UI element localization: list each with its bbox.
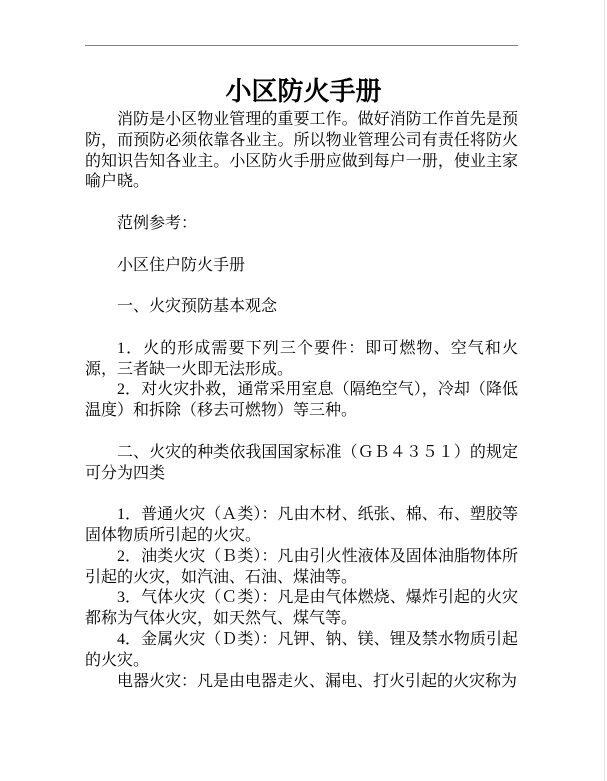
- paragraph: 2．油类火灾（Ｂ类）：凡由引火性液体及固体油脂物体所引起的火灾，如汽油、石油、煤…: [85, 547, 518, 589]
- paragraph: 4．金属火灾（Ｄ类）：凡钾、钠、镁、锂及禁水物质引起的火灾。: [85, 630, 518, 672]
- paragraph: 电器火灾：凡是由电器走火、漏电、打火引起的火灾称为: [85, 672, 518, 693]
- paragraph: 范例参考：: [85, 214, 518, 235]
- document-page: 小区防火手册 消防是小区物业管理的重要工作。做好消防工作首先是预防，而预防必须依…: [0, 0, 607, 781]
- header-rule: [85, 45, 518, 46]
- page-edge-line: [604, 0, 605, 781]
- paragraph: 消防是小区物业管理的重要工作。做好消防工作首先是预防，而预防必须依靠各业主。所以…: [85, 110, 518, 193]
- paragraph: 1．火的形成需要下列三个要件：即可燃物、空气和火源，三者缺一火即无法形成。: [85, 339, 518, 381]
- paragraph: 二、火灾的种类依我国国家标准（ＧＢ４３５１）的规定可分为四类: [85, 443, 518, 485]
- document-body: 消防是小区物业管理的重要工作。做好消防工作首先是预防，而预防必须依靠各业主。所以…: [85, 110, 518, 692]
- paragraph: 1．普通火灾（Ａ类）：凡由木材、纸张、棉、布、塑胶等固体物质所引起的火灾。: [85, 505, 518, 547]
- paragraph: 2．对火灾扑救，通常采用室息（隔绝空气），冷却（降低温度）和拆除（移去可燃物）等…: [85, 380, 518, 422]
- paragraph: 小区住户防火手册: [85, 256, 518, 277]
- paragraph: 一、火灾预防基本观念: [85, 297, 518, 318]
- paragraph: 3．气体火灾（Ｃ类）：凡是由气体燃烧、爆炸引起的火灾都称为气体火灾，如天然气、煤…: [85, 588, 518, 630]
- page-title: 小区防火手册: [0, 79, 607, 105]
